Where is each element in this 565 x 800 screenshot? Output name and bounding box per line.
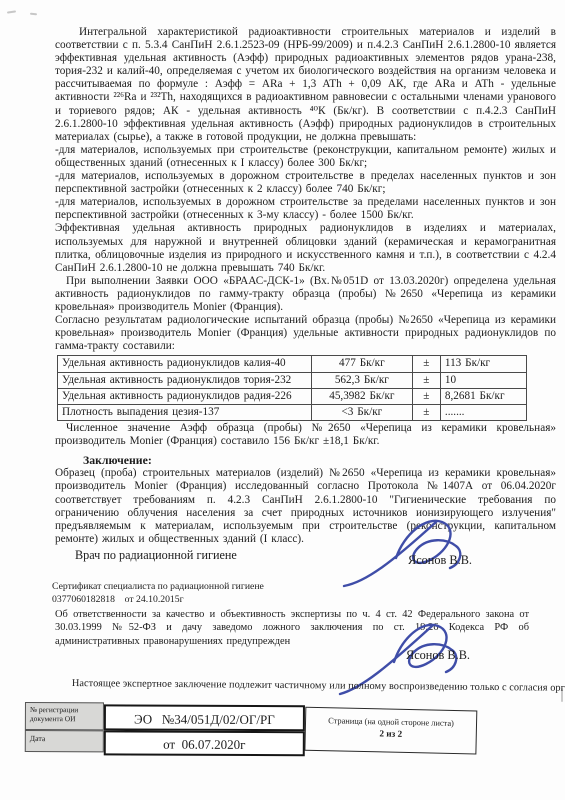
signer-name: Ясонов В.В.	[408, 553, 472, 568]
table-row: Плотность выпадения цезия-137 <3 Бк/кг ±…	[58, 404, 527, 420]
registration-number-value: ЭО №34/051Д/02/ОГ/РГ	[104, 704, 305, 731]
scan-artifact	[30, 13, 37, 16]
date-value: от 06.07.2020г	[104, 730, 305, 756]
list-item-class2: -для материалов, используемых в дорожном…	[55, 170, 556, 196]
row-parameter: Удельная активность радионуклидов тория-…	[58, 372, 312, 388]
paragraph-aeff-result: Численное значение Аэфф образца (пробы) …	[55, 422, 556, 448]
paragraph-request: При выполнении Заявки ООО «БРААС-ДСК-1» …	[55, 275, 556, 314]
row-error: 113 Бк/кг	[440, 356, 526, 372]
row-error: 10	[440, 372, 526, 388]
row-value: 477 Бк/кг	[312, 356, 413, 372]
row-parameter: Плотность выпадения цезия-137	[58, 404, 312, 420]
table-row: Удельная активность радионуклидов радия-…	[58, 388, 527, 404]
registration-footer-table: № регистрации документа ОИ Дата ЭО №34/0…	[25, 698, 485, 760]
page-indicator-value: 2 из 2	[306, 727, 476, 741]
table-row: Удельная активность радионуклидов тория-…	[58, 372, 527, 388]
certificate-line2: 0377060182818 от 24.10.2015г	[52, 594, 264, 607]
row-value: <3 Бк/кг	[312, 404, 413, 420]
row-parameter: Удельная активность радионуклидов радия-…	[58, 388, 312, 404]
date-label: Дата	[25, 730, 104, 752]
paragraph-results-lead: Согласно результатам радиологические исп…	[55, 314, 556, 353]
signer-name: Ясонов В.В.	[406, 648, 470, 663]
row-value: 562,3 Бк/кг	[312, 372, 413, 388]
table-row: Удельная активность радионуклидов калия-…	[58, 356, 527, 372]
registration-number-label: № регистрации документа ОИ	[25, 702, 104, 730]
certificate-block: Сертификат специалиста по радиационной г…	[52, 581, 264, 606]
row-error: .......	[440, 404, 526, 420]
page-indicator-box: Страница (на одной стороне листа) 2 из 2	[304, 707, 477, 755]
scanned-expert-conclusion-page: Интегральной характеристикой радиоактивн…	[0, 0, 565, 800]
certificate-line1: Сертификат специалиста по радиационной г…	[52, 581, 264, 594]
conclusion-heading: Заключение:	[55, 454, 556, 467]
doctor-title: Врач по радиационной гигиене	[75, 548, 237, 563]
document-body: Интегральной характеристикой радиоактивн…	[55, 26, 556, 546]
row-value: 45,3982 Бк/кг	[312, 388, 413, 404]
row-plus-minus: ±	[412, 388, 440, 404]
row-plus-minus: ±	[412, 372, 440, 388]
radionuclide-activity-table: Удельная активность радионуклидов калия-…	[57, 355, 527, 421]
row-plus-minus: ±	[412, 356, 440, 372]
paragraph-intro: Интегральной характеристикой радиоактивн…	[55, 26, 556, 144]
list-item-class3: -для материалов, используемых в дорожном…	[55, 196, 556, 222]
scan-artifact	[7, 10, 16, 13]
list-item-class1: -для материалов, используемых при строит…	[55, 144, 556, 170]
paragraph-facing-materials: Эффективная удельная активность природны…	[55, 222, 556, 274]
row-error: 8,2681 Бк/кг	[440, 388, 526, 404]
signature-ink-1	[338, 512, 508, 592]
row-parameter: Удельная активность радионуклидов калия-…	[58, 356, 312, 372]
row-plus-minus: ±	[412, 404, 440, 420]
